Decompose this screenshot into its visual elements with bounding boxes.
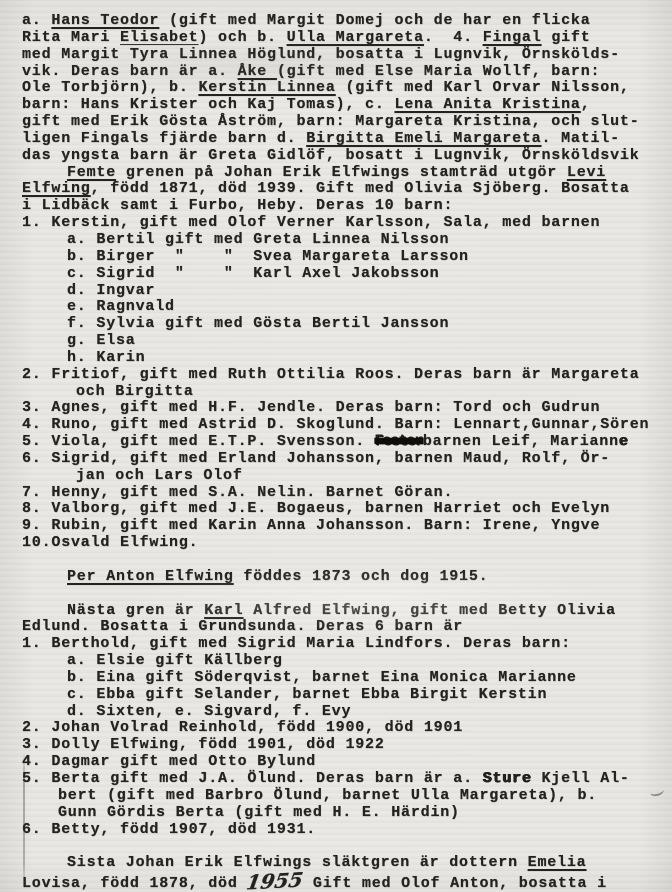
doc-line: a. Hans Teodor (gift med Margit Domej oc…	[22, 13, 672, 30]
doc-line: med Margit Tyra Linnea Höglund, bosatta …	[22, 47, 672, 64]
struck-out-text: Foster	[375, 433, 423, 450]
doc-line: Femte grenen på Johan Erik Elfwings stam…	[22, 165, 672, 182]
underlined-name: Elisabet	[120, 29, 198, 46]
typed-text: c. Ebba gift Selander, barnet Ebba Birgi…	[67, 686, 547, 703]
typed-text: Gift med Olof Anton, bosatta i	[303, 875, 607, 892]
doc-line: 3. Dolly Elfwing, född 1901, död 1922	[22, 737, 672, 754]
underlined-name: Birgitta Emeli Margareta	[306, 130, 541, 147]
typed-text: Alfred Elfwing, gift med Betty Olivia	[243, 602, 615, 619]
doc-line: jan och Lars Olof	[22, 468, 672, 485]
doc-line: 6. Betty, född 1907, död 1931.	[22, 822, 672, 839]
typed-text: Kjell Al-	[532, 770, 630, 787]
blank-line	[22, 838, 672, 855]
underlined-name: Per Anton Elfwing	[67, 568, 234, 585]
doc-line: och Birgitta	[22, 384, 672, 401]
typed-text: barnen Leif, Mariann	[423, 433, 619, 450]
doc-line: c. Ebba gift Selander, barnet Ebba Birgi…	[22, 687, 672, 704]
typed-text: jan och Lars Olof	[76, 467, 243, 484]
scanned-document: { "colors": { "paper": "#e9e7e3", "ink":…	[0, 0, 672, 892]
typed-text: ,	[581, 96, 591, 113]
typed-text: gift med Erik Gösta Åström, barn: Margar…	[22, 113, 640, 130]
typed-text: 5. Berta gift med J.A. Ölund. Deras barn…	[22, 770, 483, 787]
underlined-name: Kerstin Linnea	[198, 79, 335, 96]
typed-text: Nästa gren är	[67, 602, 204, 619]
typed-text: e. Ragnvald	[67, 298, 175, 315]
typed-text: c. Sigrid " " Karl Axel Jakobsson	[67, 265, 439, 282]
typed-text: (gift med Margit Domej och de har en fli…	[159, 12, 590, 29]
typed-text: 6. Sigrid, gift med Erland Johansson, ba…	[22, 450, 610, 467]
typed-text: 3. Agnes, gift med H.F. Jendle. Deras ba…	[22, 399, 600, 416]
typed-text: , född 1871, död 1939. Gift med Olivia S…	[91, 180, 630, 197]
doc-line: 9. Rubin, gift med Karin Anna Johansson.…	[22, 518, 672, 535]
underlined-name: Karl	[204, 602, 243, 619]
doc-line: d. Ingvar	[22, 283, 672, 300]
typed-text: 1. Berthold, gift med Sigrid Maria Lindf…	[22, 635, 571, 652]
typed-text: das yngsta barn är Greta Gidlöf, bosatt …	[22, 147, 640, 164]
doc-line: gift med Erik Gösta Åström, barn: Margar…	[22, 114, 672, 131]
typed-text: gift	[542, 29, 591, 46]
underlined-name: Femte	[67, 164, 116, 181]
doc-line: 6. Sigrid, gift med Erland Johansson, ba…	[22, 451, 672, 468]
typed-text: vik. Deras barn är a.	[22, 63, 238, 80]
typed-text: Lovisa, född 1878, död	[22, 875, 247, 892]
underlined-name: Hans Teodor	[51, 12, 159, 29]
doc-line: Per Anton Elfwing föddes 1873 och dog 19…	[22, 569, 672, 586]
typed-text: 6. Betty, född 1907, död 1931.	[22, 821, 316, 838]
typed-text: och Birgitta	[76, 383, 194, 400]
typed-text: Gunn Gördis Berta (gift med H. E. Härdin…	[58, 804, 460, 821]
typed-text: grenen på Johan Erik Elfwings stamträd u…	[116, 164, 567, 181]
typed-text: 10.Osvald Elfwing.	[22, 534, 198, 551]
typed-text: 4. Dagmar gift med Otto Bylund	[22, 753, 316, 770]
typed-text: 4. Runo, gift med Astrid D. Skoglund. Ba…	[22, 416, 649, 433]
doc-line: c. Sigrid " " Karl Axel Jakobsson	[22, 266, 672, 283]
doc-line: b. Birger " " Svea Margareta Larsson	[22, 249, 672, 266]
doc-line: 3. Agnes, gift med H.F. Jendle. Deras ba…	[22, 400, 672, 417]
document-page: a. Hans Teodor (gift med Margit Domej oc…	[0, 0, 672, 892]
typed-text: bert (gift med Barbro Ölund, barnet Ulla…	[58, 787, 597, 804]
doc-line: Gunn Gördis Berta (gift med H. E. Härdin…	[22, 805, 672, 822]
typed-text: 8. Valborg, gift med J.E. Bogaeus, barne…	[22, 500, 610, 517]
typed-text: a. Bertil gift med Greta Linnea Nilsson	[67, 231, 449, 248]
typed-text: g. Elsa	[67, 332, 136, 349]
doc-line: ligen Fingals fjärde barn d. Birgitta Em…	[22, 131, 672, 148]
blank-line	[22, 552, 672, 569]
doc-line: a. Elsie gift Källberg	[22, 653, 672, 670]
doc-line: Sista Johan Erik Elfwings släktgren är d…	[22, 855, 672, 872]
typed-text: barn: Hans Krister och Kaj Tomas), c.	[22, 96, 394, 113]
doc-line: Lovisa, född 1878, död 1955 Gift med Olo…	[22, 872, 672, 889]
doc-line: 8. Valborg, gift med J.E. Bogaeus, barne…	[22, 501, 672, 518]
handwritten-text: 1955	[246, 872, 305, 892]
overtyped-text: e	[619, 433, 629, 450]
underlined-name: Lena Anita Kristina	[394, 96, 580, 113]
doc-line: 2. Johan Volrad Reinhold, född 1900, död…	[22, 720, 672, 737]
doc-line: 4. Dagmar gift med Otto Bylund	[22, 754, 672, 771]
doc-line: d. Sixten, e. Sigvard, f. Evy	[22, 704, 672, 721]
typed-text: . Matil-	[542, 130, 620, 147]
doc-line: das yngsta barn är Greta Gidlöf, bosatt …	[22, 148, 672, 165]
typed-text: a.	[22, 12, 51, 29]
underlined-name: Åke	[238, 63, 277, 80]
doc-line: 5. Berta gift med J.A. Ölund. Deras barn…	[22, 771, 672, 788]
typed-text: 1. Kerstin, gift med Olof Verner Karlsso…	[22, 214, 600, 231]
doc-line: Elfwing, född 1871, död 1939. Gift med O…	[22, 181, 672, 198]
overtyped-text: Sture	[483, 770, 532, 787]
typed-text: . 4.	[424, 29, 483, 46]
doc-line: b. Eina gift Söderqvist, barnet Eina Mon…	[22, 670, 672, 687]
doc-line: f. Sylvia gift med Gösta Bertil Jansson	[22, 316, 672, 333]
underlined-name: Levi	[567, 164, 606, 181]
typed-text: f. Sylvia gift med Gösta Bertil Jansson	[67, 315, 449, 332]
doc-line: Ole Torbjörn), b. Kerstin Linnea (gift m…	[22, 80, 672, 97]
doc-line: a. Bertil gift med Greta Linnea Nilsson	[22, 232, 672, 249]
doc-line: Rita Mari Elisabet) och b. Ulla Margaret…	[22, 30, 672, 47]
doc-line: barn: Hans Krister och Kaj Tomas), c. Le…	[22, 97, 672, 114]
typed-text: 2. Johan Volrad Reinhold, född 1900, död…	[22, 719, 463, 736]
typed-text: b. Birger " " Svea Margareta Larsson	[67, 248, 469, 265]
typed-text: föddes 1873 och dog 1915.	[234, 568, 489, 585]
typed-text: h. Karin	[67, 349, 145, 366]
typed-text: d. Sixten, e. Sigvard, f. Evy	[67, 703, 351, 720]
typed-text: med Margit Tyra Linnea Höglund, bosatta …	[22, 46, 620, 63]
underlined-name: Ulla Margareta	[287, 29, 424, 46]
doc-line: 4. Runo, gift med Astrid D. Skoglund. Ba…	[22, 417, 672, 434]
doc-line: vik. Deras barn är a. Åke (gift med Else…	[22, 64, 672, 81]
typed-text: i Lidbäck samt i Furbo, Heby. Deras 10 b…	[22, 197, 453, 214]
doc-line: bert (gift med Barbro Ölund, barnet Ulla…	[22, 788, 672, 805]
typed-text: 3. Dolly Elfwing, född 1901, död 1922	[22, 736, 385, 753]
doc-line: e. Ragnvald	[22, 299, 672, 316]
doc-line: 1. Kerstin, gift med Olof Verner Karlsso…	[22, 215, 672, 232]
doc-line: 7. Henny, gift med S.A. Nelin. Barnet Gö…	[22, 485, 672, 502]
typed-text: Edlund. Bosatta i Grundsunda. Deras 6 ba…	[22, 618, 463, 635]
doc-line: 1. Berthold, gift med Sigrid Maria Lindf…	[22, 636, 672, 653]
blank-line	[22, 586, 672, 603]
doc-line: Nästa gren är Karl Alfred Elfwing, gift …	[22, 603, 672, 620]
doc-line: 2. Fritiof, gift med Ruth Ottilia Roos. …	[22, 367, 672, 384]
typed-text: d. Ingvar	[67, 282, 155, 299]
typed-text: 5. Viola, gift med E.T.P. Svensson.	[22, 433, 375, 450]
underlined-name: Emelia	[528, 854, 587, 871]
typed-text: 7. Henny, gift med S.A. Nelin. Barnet Gö…	[22, 484, 453, 501]
typed-text: b. Eina gift Söderqvist, barnet Eina Mon…	[67, 669, 577, 686]
typed-text: a. Elsie gift Källberg	[67, 652, 283, 669]
typed-text: 9. Rubin, gift med Karin Anna Johansson.…	[22, 517, 600, 534]
typed-text: (gift med Karl Orvar Nilsson,	[336, 79, 630, 96]
doc-line: 10.Osvald Elfwing.	[22, 535, 672, 552]
doc-line: i Lidbäck samt i Furbo, Heby. Deras 10 b…	[22, 198, 672, 215]
typed-text: ligen Fingals fjärde barn d.	[22, 130, 306, 147]
typed-text: 2. Fritiof, gift med Ruth Ottilia Roos. …	[22, 366, 640, 383]
typed-text: Ole Torbjörn), b.	[22, 79, 198, 96]
doc-line: g. Elsa	[22, 333, 672, 350]
typed-text: ) och b.	[198, 29, 286, 46]
doc-line: h. Karin	[22, 350, 672, 367]
typed-text: (gift med Else Maria Wollf, barn:	[277, 63, 600, 80]
doc-line: 5. Viola, gift med E.T.P. Svensson. Fost…	[22, 434, 672, 451]
underlined-name: Fingal	[483, 29, 542, 46]
underlined-name: Elfwing	[22, 180, 91, 197]
typed-text: Rita Mari	[22, 29, 120, 46]
doc-line: Edlund. Bosatta i Grundsunda. Deras 6 ba…	[22, 619, 672, 636]
